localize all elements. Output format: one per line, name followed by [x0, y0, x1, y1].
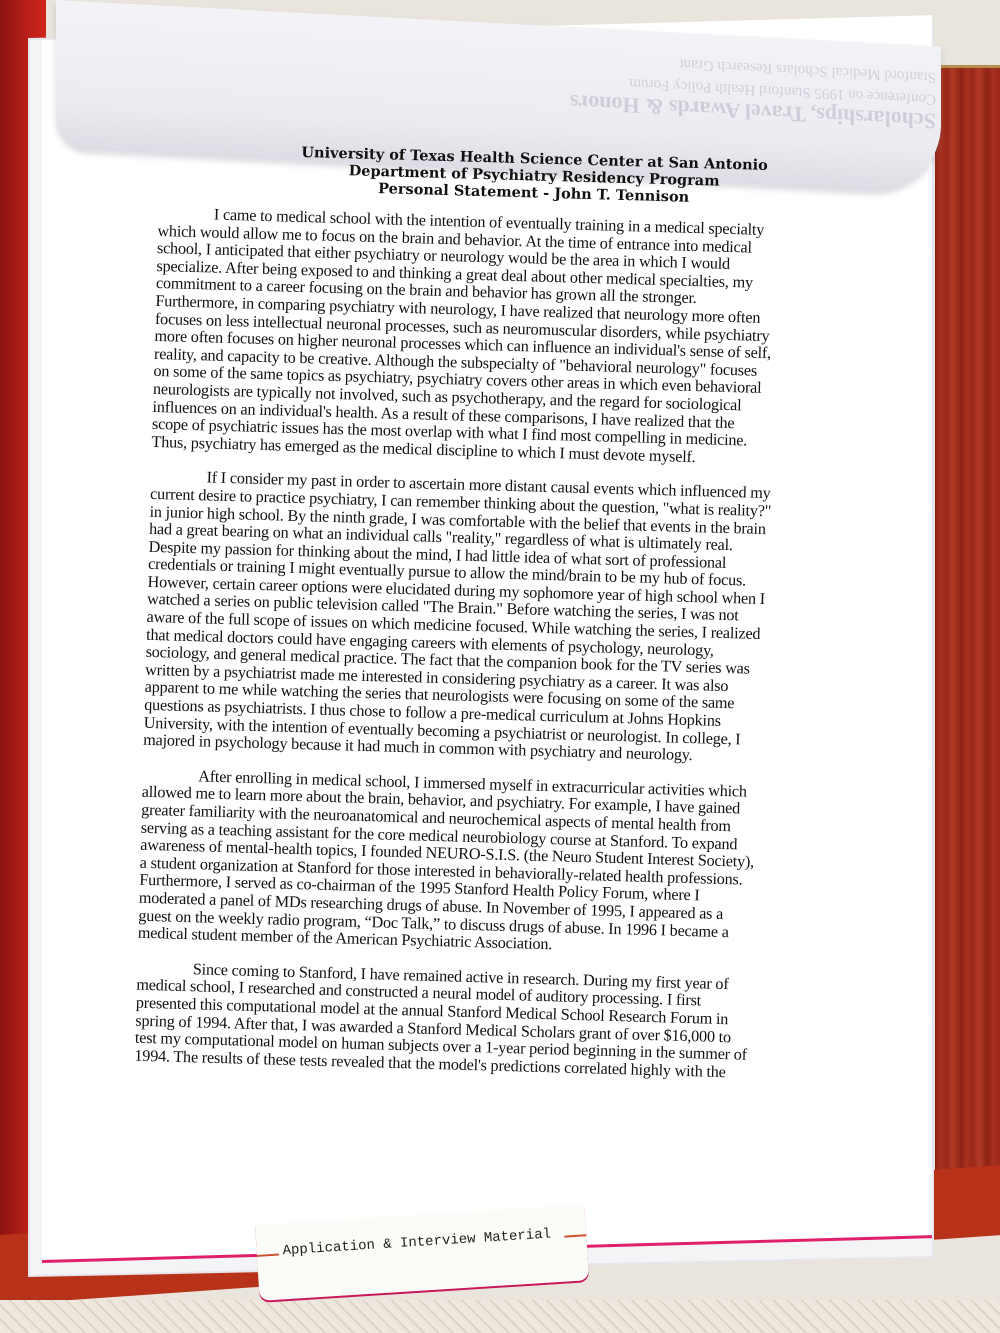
personal-statement: University of Texas Health Science Cente…	[134, 140, 800, 1100]
paragraph: Since coming to Stanford, I have remaine…	[134, 959, 777, 1082]
folder-spine	[935, 65, 1000, 1208]
paragraph: If I consider my past in order to ascert…	[143, 468, 791, 767]
paragraph: I came to medical school with the intent…	[151, 205, 798, 469]
tab-label: Application & Interview Material	[282, 1226, 551, 1259]
tab-rule-right	[564, 1234, 586, 1237]
carpet-background	[0, 1300, 1000, 1333]
paragraph: After enrolling in medical school, I imm…	[138, 767, 783, 961]
tab-rule-left	[257, 1254, 279, 1257]
curled-page-backside-text: Scholarships, Travel Awards & Honors Con…	[176, 26, 936, 132]
document-body: I came to medical school with the intent…	[134, 205, 798, 1083]
